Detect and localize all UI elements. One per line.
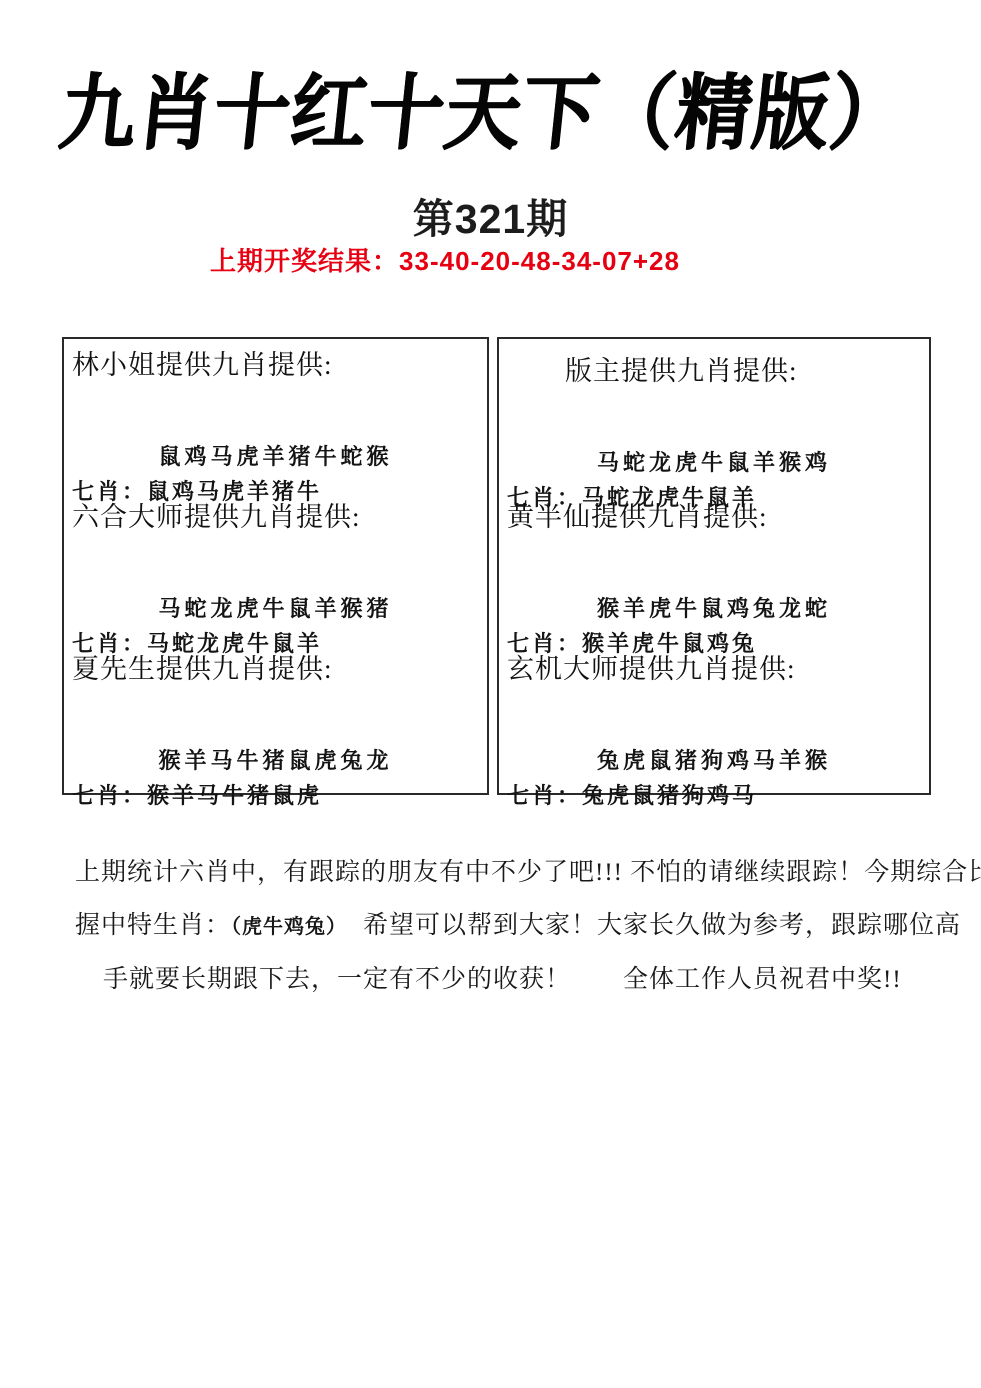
nine-zodiac-line: 兔虎鼠猪狗鸡马羊猴 [499, 744, 929, 775]
nine-zodiac-line: 鼠鸡马虎羊猪牛蛇猴 [64, 440, 487, 471]
nine-zodiac-line: 马蛇龙虎牛鼠羊猴鸡 [499, 446, 929, 477]
section-heading: 六合大师提供九肖提供: [64, 491, 487, 534]
section-heading: 夏先生提供九肖提供: [64, 643, 487, 686]
section-heading: 林小姐提供九肖提供: [64, 339, 487, 382]
footer-line-3: 手就要长期跟下去，一定有不少的收获！ 全体工作人员祝君中奖!! [103, 959, 902, 995]
prediction-section: 玄机大师提供九肖提供: 兔虎鼠猪狗鸡马羊猴 七肖：兔虎鼠猪狗鸡马 [499, 643, 929, 795]
special-zodiac-highlight: （虎牛鸡兔） [231, 916, 337, 938]
section-heading: 版主提供九肖提供: [499, 339, 929, 388]
footer-line-2: 握中特生肖：（虎牛鸡兔） 希望可以帮到大家！大家长久做为参考，跟踪哪位高 [75, 905, 961, 941]
nine-zodiac-line: 猴羊马牛猪鼠虎兔龙 [64, 744, 487, 775]
prediction-section: 夏先生提供九肖提供: 猴羊马牛猪鼠虎兔龙 七肖：猴羊马牛猪鼠虎 [64, 643, 487, 795]
section-heading: 黄半仙提供九肖提供: [499, 491, 929, 534]
left-panel: 林小姐提供九肖提供: 鼠鸡马虎羊猪牛蛇猴 七肖：鼠鸡马虎羊猪牛 六合大师提供九肖… [62, 337, 489, 795]
seven-zodiac-value: 猴羊马牛猪鼠虎 [147, 783, 322, 808]
seven-zodiac-value: 兔虎鼠猪狗鸡马 [582, 783, 757, 808]
prediction-section: 六合大师提供九肖提供: 马蛇龙虎牛鼠羊猴猪 七肖：马蛇龙虎牛鼠羊 [64, 491, 487, 643]
nine-zodiac-line: 马蛇龙虎牛鼠羊猴猪 [64, 592, 487, 623]
footer-line-2-prefix: 握中特生肖： [75, 912, 231, 939]
last-result-label: 上期开奖结果： [210, 246, 399, 276]
last-result-line: 上期开奖结果：33-40-20-48-34-07+28 [0, 241, 890, 278]
nine-zodiac-line: 猴羊虎牛鼠鸡兔龙蛇 [499, 592, 929, 623]
issue-number: 第321期 [0, 186, 981, 245]
page: { "title": "九肖十红十天下（精版）", "issue": "第321… [0, 0, 981, 1388]
right-panel: 版主提供九肖提供: 马蛇龙虎牛鼠羊猴鸡 七肖：马蛇龙虎牛鼠羊 黄半仙提供九肖提供… [497, 337, 931, 795]
footer-line-2-suffix: 希望可以帮到大家！大家长久做为参考，跟踪哪位高 [337, 912, 961, 939]
seven-zodiac-label: 七肖： [507, 783, 582, 808]
footer-line-1: 上期统计六肖中，有跟踪的朋友有中不少了吧!!! 不怕的请继续跟踪！今期综合比较有… [75, 852, 981, 888]
prediction-section: 林小姐提供九肖提供: 鼠鸡马虎羊猪牛蛇猴 七肖：鼠鸡马虎羊猪牛 [64, 339, 487, 491]
section-heading: 玄机大师提供九肖提供: [499, 643, 929, 686]
seven-zodiac-label: 七肖： [72, 783, 147, 808]
seven-zodiac-line: 七肖：猴羊马牛猪鼠虎 [64, 779, 487, 810]
last-result-numbers: 33-40-20-48-34-07+28 [399, 246, 680, 276]
prediction-section: 版主提供九肖提供: 马蛇龙虎牛鼠羊猴鸡 七肖：马蛇龙虎牛鼠羊 [499, 339, 929, 491]
page-title: 九肖十红十天下（精版） [53, 47, 867, 177]
prediction-section: 黄半仙提供九肖提供: 猴羊虎牛鼠鸡兔龙蛇 七肖：猴羊虎牛鼠鸡兔 [499, 491, 929, 643]
seven-zodiac-line: 七肖：兔虎鼠猪狗鸡马 [499, 779, 929, 810]
